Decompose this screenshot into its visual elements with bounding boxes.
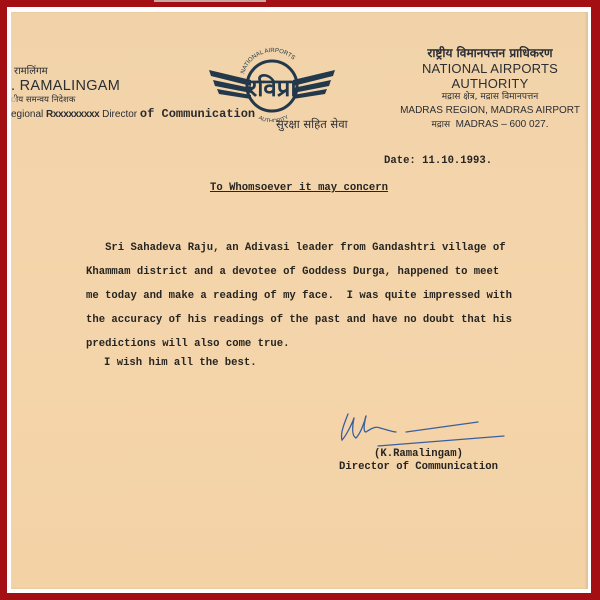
title-suffix: Director bbox=[102, 109, 137, 120]
body-line: the accuracy of his readings of the past… bbox=[86, 308, 556, 332]
letter-body: Sri Sahadeva Raju, an Adivasi leader fro… bbox=[86, 236, 556, 356]
org-name-hindi: राष्ट्रीय विमानपत्तन प्राधिकरण bbox=[382, 46, 598, 61]
body-line: Khammam district and a devotee of Goddes… bbox=[86, 260, 556, 284]
city: MADRAS – 600 027. bbox=[456, 119, 549, 130]
letter-date: Date: 11.10.1993. bbox=[384, 155, 492, 167]
letter-page: रामलिंगम . RAMALINGAM ीय समन्वय निदेशक e… bbox=[11, 12, 588, 589]
region: MADRAS REGION, MADRAS AIRPORT bbox=[382, 104, 598, 118]
svg-text:रविप्रा: रविप्रा bbox=[246, 74, 297, 102]
city-hindi: मद्रास bbox=[432, 120, 451, 130]
naa-emblem-icon: रविप्रा NATIONAL AIRPORTS AUTHORITY bbox=[207, 42, 337, 122]
handwritten-signature-icon bbox=[336, 410, 516, 452]
signatory-name: (K.Ramalingam) bbox=[374, 448, 463, 460]
motto: सुरक्षा सहित सेवा bbox=[276, 117, 348, 132]
title-prefix: egional bbox=[11, 109, 43, 120]
letterhead-right: राष्ट्रीय विमानपत्तन प्राधिकरण NATIONAL … bbox=[382, 46, 598, 132]
signatory-title: Director of Communication bbox=[339, 461, 498, 473]
title-struck-out: Rxxxxxxxxx bbox=[46, 109, 99, 120]
body-line: predictions will also come true. bbox=[86, 332, 556, 356]
letter-subject: To Whomsoever it may concern bbox=[210, 182, 388, 194]
city-line: मद्रास MADRAS – 600 027. bbox=[382, 118, 598, 132]
body-line: me today and make a reading of my face. … bbox=[86, 284, 556, 308]
region-hindi: मद्रास क्षेत्र, मद्रास विमानपत्तन bbox=[382, 91, 598, 104]
body-line: Sri Sahadeva Raju, an Adivasi leader fro… bbox=[86, 236, 556, 260]
org-name: NATIONAL AIRPORTS AUTHORITY bbox=[382, 61, 598, 91]
top-tab-strip bbox=[154, 0, 266, 2]
closing-line: I wish him all the best. bbox=[104, 357, 257, 369]
